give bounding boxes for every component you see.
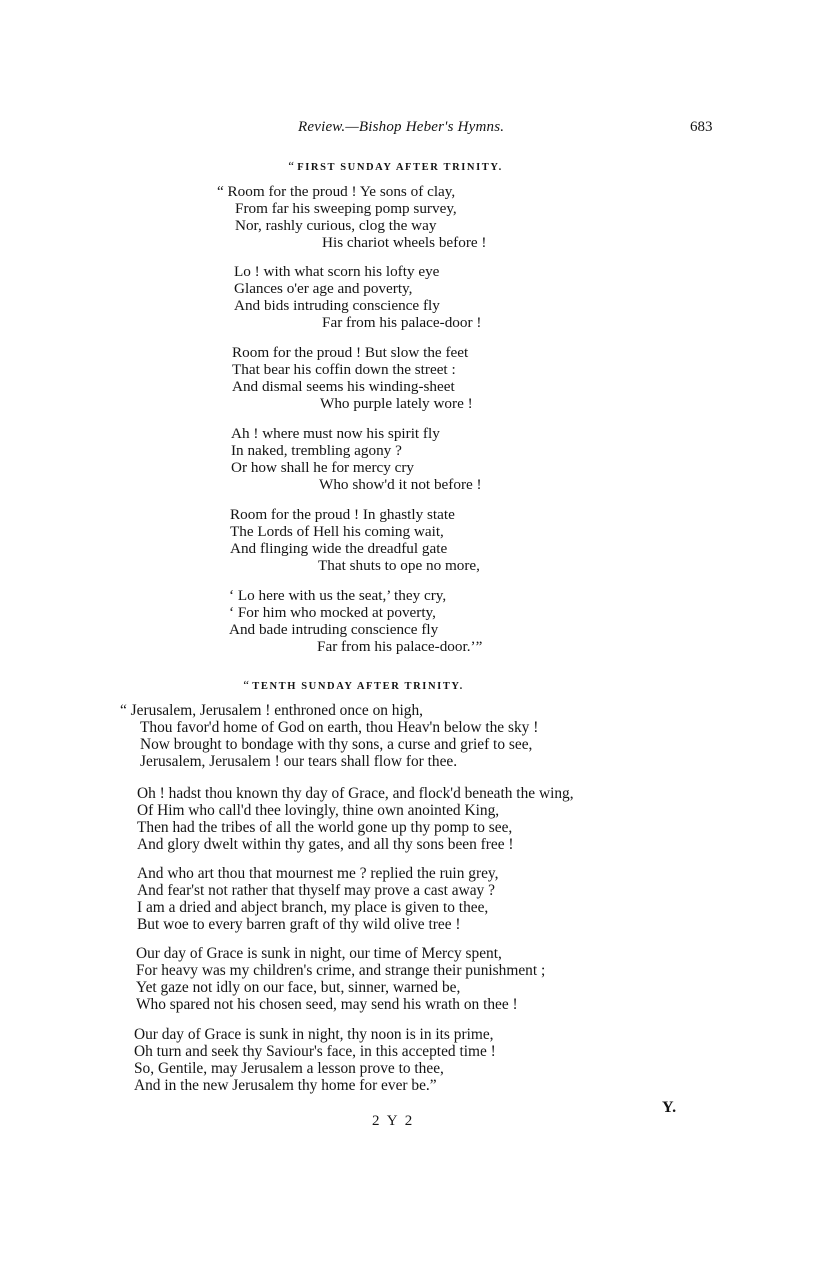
verse-line: But woe to every barren graft of thy wil… [137, 916, 498, 933]
verse-line: Room for the proud ! But slow the feet [232, 344, 473, 361]
verse-line: That bear his coffin down the street : [232, 361, 473, 378]
verse-line: So, Gentile, may Jerusalem a lesson prov… [134, 1060, 496, 1077]
hymn2-title: TENTH SUNDAY AFTER TRINITY. [252, 681, 464, 692]
verse-line: And dismal seems his winding-sheet [232, 378, 473, 395]
hymn1-title: FIRST SUNDAY AFTER TRINITY. [297, 162, 503, 173]
verse-line: Our day of Grace is sunk in night, our t… [136, 945, 545, 962]
hymn1-title-block: “FIRST SUNDAY AFTER TRINITY. [287, 158, 503, 174]
verse-line: Room for the proud ! In ghastly state [230, 506, 480, 523]
hymn1-stanza-4: Ah ! where must now his spirit fly In na… [231, 425, 482, 493]
verse-line: And fear'st not rather that thyself may … [137, 882, 498, 899]
hymn2-stanza-1: “ Jerusalem, Jerusalem ! enthroned once … [120, 702, 538, 770]
verse-line: And flinging wide the dreadful gate [230, 540, 480, 557]
verse-line: “ Room for the proud ! Ye sons of clay, [217, 183, 486, 200]
signature-mark: 2 Y 2 [372, 1113, 414, 1130]
hymn2-stanza-2: Oh ! hadst thou known thy day of Grace, … [137, 785, 574, 853]
hymn2-stanza-3: And who art thou that mournest me ? repl… [137, 865, 498, 933]
verse-line: Now brought to bondage with thy sons, a … [120, 736, 538, 753]
verse-line: His chariot wheels before ! [217, 234, 486, 251]
verse-line: I am a dried and abject branch, my place… [137, 899, 498, 916]
verse-line: “ Jerusalem, Jerusalem ! enthroned once … [120, 702, 538, 719]
page-number: 683 [690, 119, 713, 136]
open-quote: “ [287, 158, 294, 173]
hymn2-stanza-4: Our day of Grace is sunk in night, our t… [136, 945, 545, 1013]
hymn1-stanza-6: ‘ Lo here with us the seat,’ they cry, ‘… [229, 587, 482, 655]
verse-line: From far his sweeping pomp survey, [217, 200, 486, 217]
verse-line: Then had the tribes of all the world gon… [137, 819, 574, 836]
verse-line: Our day of Grace is sunk in night, thy n… [134, 1026, 496, 1043]
verse-line: Far from his palace-door ! [234, 314, 481, 331]
hymn1-stanza-2: Lo ! with what scorn his lofty eye Glanc… [234, 263, 481, 331]
verse-line: Oh turn and seek thy Saviour's face, in … [134, 1043, 496, 1060]
verse-line: Or how shall he for mercy cry [231, 459, 482, 476]
verse-line: In naked, trembling agony ? [231, 442, 482, 459]
running-title: Review.—Bishop Heber's Hymns. [298, 119, 504, 136]
verse-line: And bids intruding conscience fly [234, 297, 481, 314]
verse-line: And bade intruding conscience fly [229, 621, 482, 638]
verse-line: Thou favor'd home of God on earth, thou … [120, 719, 538, 736]
verse-line: That shuts to ope no more, [230, 557, 480, 574]
verse-line: Yet gaze not idly on our face, but, sinn… [136, 979, 545, 996]
verse-line: Lo ! with what scorn his lofty eye [234, 263, 481, 280]
verse-line: ‘ For him who mocked at poverty, [229, 604, 482, 621]
hymn1-stanza-5: Room for the proud ! In ghastly state Th… [230, 506, 480, 574]
verse-line: Of Him who call'd thee lovingly, thine o… [137, 802, 574, 819]
verse-line: Who show'd it not before ! [231, 476, 482, 493]
verse-line: And glory dwelt within thy gates, and al… [137, 836, 574, 853]
verse-line: Glances o'er age and poverty, [234, 280, 481, 297]
verse-line: Far from his palace-door.’” [229, 638, 482, 655]
verse-line: ‘ Lo here with us the seat,’ they cry, [229, 587, 482, 604]
hymn2-title-block: “TENTH SUNDAY AFTER TRINITY. [242, 677, 464, 693]
verse-line: For heavy was my children's crime, and s… [136, 962, 545, 979]
author-signature: Y. [662, 1099, 676, 1117]
hymn1-stanza-1: “ Room for the proud ! Ye sons of clay, … [217, 183, 486, 251]
verse-line: Jerusalem, Jerusalem ! our tears shall f… [120, 753, 538, 770]
verse-line: Nor, rashly curious, clog the way [217, 217, 486, 234]
verse-line: The Lords of Hell his coming wait, [230, 523, 480, 540]
verse-line: Who spared not his chosen seed, may send… [136, 996, 545, 1013]
verse-line: Oh ! hadst thou known thy day of Grace, … [137, 785, 574, 802]
hymn2-stanza-5: Our day of Grace is sunk in night, thy n… [134, 1026, 496, 1094]
verse-line: Ah ! where must now his spirit fly [231, 425, 482, 442]
open-quote: “ [242, 677, 249, 692]
verse-line: And in the new Jerusalem thy home for ev… [134, 1077, 496, 1094]
hymn1-stanza-3: Room for the proud ! But slow the feet T… [232, 344, 473, 412]
verse-line: Who purple lately wore ! [232, 395, 473, 412]
verse-line: And who art thou that mournest me ? repl… [137, 865, 498, 882]
